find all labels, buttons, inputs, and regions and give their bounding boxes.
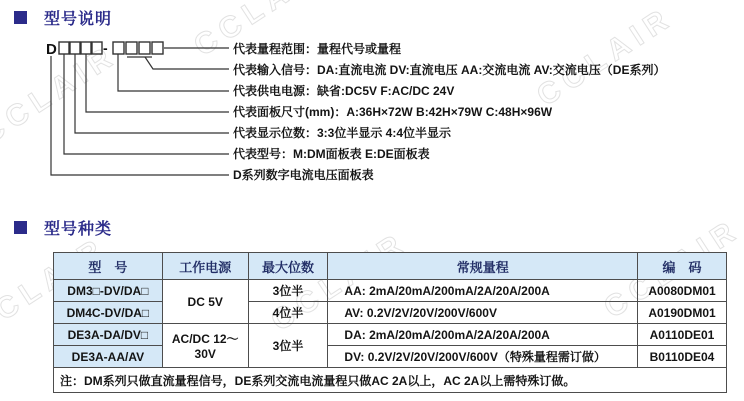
model-code-diagram-lines: D - bbox=[0, 38, 232, 190]
col-header-range: 常规量程 bbox=[328, 253, 638, 280]
table-header-row: 型 号 工作电源 最大位数 常规量程 编 码 bbox=[54, 253, 727, 280]
diagram-label-digits: 代表显示位数：3:3位半显示 4:4位半显示 bbox=[233, 126, 451, 140]
digits-cell: 4位半 bbox=[248, 302, 328, 324]
code-cell: A0080DM01 bbox=[638, 280, 727, 302]
model-cell: DE3A-DA/DV□ bbox=[54, 324, 163, 346]
range-cell: AA: 2mA/20mA/200mA/2A/20A/200A bbox=[328, 280, 638, 302]
col-header-code: 编 码 bbox=[638, 253, 727, 280]
range-cell: DV: 0.2V/2V/20V/200V/600V（特殊量程需订做） bbox=[328, 346, 638, 368]
table-row: DE3A-AA/AV DV: 0.2V/2V/20V/200V/600V（特殊量… bbox=[54, 346, 727, 368]
model-cell: DM4C-DV/DA□ bbox=[54, 302, 163, 324]
section-title: 型号种类 bbox=[44, 216, 112, 239]
section-bullet-icon bbox=[14, 11, 27, 24]
leader-lines bbox=[51, 48, 229, 175]
table-row: DM4C-DV/DA□ 4位半 AV: 0.2V/2V/20V/200V/600… bbox=[54, 302, 727, 324]
model-code-separator: - bbox=[103, 40, 108, 56]
power-cell: AC/DC 12～30V bbox=[162, 324, 248, 368]
model-code-prefix: D bbox=[46, 41, 57, 58]
section-model-types-header: 型号种类 bbox=[14, 216, 112, 239]
model-types-table: 型 号 工作电源 最大位数 常规量程 编 码 DM3□-DV/DA□ DC 5V… bbox=[53, 252, 727, 393]
diagram-label-range: 代表量程范围：量程代号或量程 bbox=[233, 42, 401, 56]
model-code-boxes-group1 bbox=[59, 42, 102, 54]
range-cell: DA: 2mA/20mA/200mA/2A/20A/200A bbox=[328, 324, 638, 346]
diagram-label-series: D系列数字电流电压面板表 bbox=[233, 168, 374, 182]
table-row: DE3A-DA/DV□ AC/DC 12～30V 3位半 DA: 2mA/20m… bbox=[54, 324, 727, 346]
model-cell: DM3□-DV/DA□ bbox=[54, 280, 163, 302]
model-code-boxes-group2 bbox=[113, 42, 163, 54]
table-row: DM3□-DV/DA□ DC 5V 3位半 AA: 2mA/20mA/200mA… bbox=[54, 280, 727, 302]
digits-cell: 3位半 bbox=[248, 280, 328, 302]
table-note-row: 注：DM系列只做直流量程信号，DE系列交流电流量程只做AC 2A以上，AC 2A… bbox=[54, 368, 727, 393]
col-header-digits: 最大位数 bbox=[248, 253, 328, 280]
section-title: 型号说明 bbox=[44, 6, 112, 29]
col-header-model: 型 号 bbox=[54, 253, 163, 280]
diagram-label-input-signal: 代表输入信号：DA:直流电流 DV:直流电压 AA:交流电流 AV:交流电压（D… bbox=[233, 63, 665, 77]
model-cell: DE3A-AA/AV bbox=[54, 346, 163, 368]
model-code-diagram: D - bbox=[0, 38, 744, 190]
code-cell: A0110DE01 bbox=[638, 324, 727, 346]
diagram-label-panel-size: 代表面板尺寸(mm)：A:36H×72W B:42H×79W C:48H×96W bbox=[233, 105, 552, 119]
diagram-label-power: 代表供电电源：缺省:DC5V F:AC/DC 24V bbox=[233, 84, 454, 98]
section-bullet-icon bbox=[14, 221, 27, 234]
diagram-label-model-type: 代表型号：M:DM面板表 E:DE面板表 bbox=[233, 147, 430, 161]
document-page: CCLAIR CCLAIR CCLAIR CCLAIR CCLAIR CCLAI… bbox=[0, 0, 744, 401]
code-cell: A0190DM01 bbox=[638, 302, 727, 324]
code-cell: B0110DE04 bbox=[638, 346, 727, 368]
power-cell: DC 5V bbox=[162, 280, 248, 324]
table-note: 注：DM系列只做直流量程信号，DE系列交流电流量程只做AC 2A以上，AC 2A… bbox=[54, 368, 727, 393]
col-header-power: 工作电源 bbox=[162, 253, 248, 280]
range-cell: AV: 0.2V/2V/20V/200V/600V bbox=[328, 302, 638, 324]
digits-cell: 3位半 bbox=[248, 324, 328, 368]
section-model-description-header: 型号说明 bbox=[14, 6, 112, 29]
